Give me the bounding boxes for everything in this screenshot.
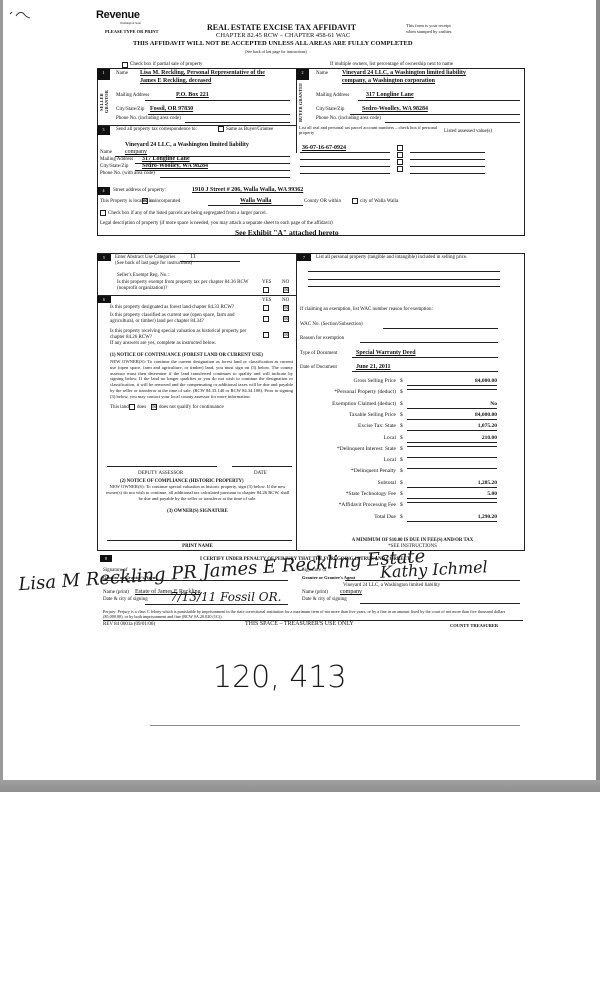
doc-type-value[interactable]: Special Warranty Deed: [356, 350, 416, 357]
historic-question: Is this property receiving special valua…: [110, 329, 260, 341]
city-checkbox[interactable]: [352, 198, 358, 204]
currency-symbol: $: [400, 401, 403, 408]
correspondence-name-label: Name: [100, 150, 112, 156]
same-as-buyer-checkbox[interactable]: [218, 126, 224, 132]
exempt-reg-label: Seller's Exempt Reg. No.:: [117, 273, 169, 279]
buyer-name-line1[interactable]: Vineyard 24 LLC, a Washington limited li…: [342, 70, 466, 77]
grantor-date-value[interactable]: 7/13/11 Fossil OR.: [170, 590, 281, 604]
financial-value[interactable]: [407, 502, 497, 503]
perjury-statement: Perjury: Perjury is a class C felony whi…: [103, 609, 523, 619]
buyer-phone-label: Phone No. (including area code): [316, 116, 381, 122]
wac-label: WAC No. (Section/Subsection): [300, 322, 363, 328]
financial-label: *State Technology Fee: [300, 491, 396, 498]
county-value[interactable]: Walla Walla: [240, 198, 271, 205]
seller-grantor-label: SELLER GRANTOR: [99, 82, 111, 122]
currency-symbol: $: [400, 468, 403, 475]
financial-label: Local: [300, 457, 396, 464]
rev-number: REV 84 0001a (09/01/06): [103, 622, 155, 628]
no-header-6: NO: [282, 298, 289, 304]
does-label: does: [137, 405, 146, 411]
seller-phone-label: Phone No. (including area code): [116, 116, 181, 122]
currency-symbol: $: [400, 446, 403, 453]
parcel-2-personal-checkbox[interactable]: [397, 152, 403, 158]
divider: [296, 253, 297, 551]
correspondence-phone-label: Phone No. (with area code): [100, 171, 155, 177]
form-chapter: CHAPTER 82.45 RCW – CHAPTER 458-61 WAC: [216, 32, 350, 39]
buyer-mailing-label: Mailing Address: [316, 93, 349, 99]
forest-no-checkbox[interactable]: ☒: [283, 305, 289, 311]
grantor-print-label: Name (print): [103, 590, 129, 596]
financial-label: Excise Tax: State: [300, 423, 396, 430]
currency-symbol: $: [400, 457, 403, 464]
legal-label: Legal description of property (if more s…: [100, 221, 333, 227]
segregated-label: Check box if any of the listed parcels a…: [108, 211, 267, 217]
financial-value[interactable]: 84,000.00: [407, 378, 497, 386]
buyer-city-label: City/State/Zip: [316, 107, 344, 113]
correspondence-city-label: City/State/Zip: [100, 164, 128, 170]
financial-value[interactable]: 84,000.00: [407, 412, 497, 420]
notice1-body: NEW OWNER(S): To continue the current de…: [110, 359, 293, 400]
buyer-name-label: Name: [316, 71, 328, 77]
county-treasurer: COUNTY TREASURER: [450, 622, 498, 629]
owner-signature-label: (3) OWNER(S) SIGNATURE: [105, 508, 290, 515]
seller-name-line1[interactable]: Lisa M. Reckling, Personal Representativ…: [140, 70, 265, 77]
reason-label: Reason for exemption: [300, 336, 344, 342]
please-type: PLEASE TYPE OR PRINT: [105, 28, 159, 35]
financial-label: Total Due: [300, 514, 396, 521]
financial-value[interactable]: 1,285.20: [407, 480, 497, 488]
financial-value[interactable]: [407, 468, 497, 469]
financial-label: *Affidavit Processing Fee: [300, 502, 396, 509]
currency-symbol: $: [400, 378, 403, 385]
unincorporated-checkbox[interactable]: ☒: [142, 198, 148, 204]
section-2-marker: 2: [296, 69, 309, 80]
currency-symbol: $: [400, 502, 403, 509]
assessed-header: Listed assessed value(s): [444, 129, 492, 135]
historic-yes-checkbox[interactable]: [263, 332, 269, 338]
land-label: This land: [110, 405, 129, 411]
form-title: REAL ESTATE EXCISE TAX AFFIDAVIT: [207, 23, 356, 32]
parcels-header: List all real and personal tax parcel ac…: [299, 125, 444, 135]
parcel-4-personal-checkbox[interactable]: [397, 166, 403, 172]
doc-type-label: Type of Document: [300, 351, 337, 357]
current-use-no-checkbox[interactable]: ☒: [283, 316, 289, 322]
correspondence-mailing-value[interactable]: 317 Longline Lane: [142, 156, 190, 163]
receipt-note-2: when stamped by cashier.: [406, 29, 452, 35]
currency-symbol: $: [400, 491, 403, 498]
section-5-marker: 5: [97, 254, 111, 261]
financial-value[interactable]: [407, 389, 497, 390]
financial-value[interactable]: [407, 446, 497, 447]
currency-symbol: $: [400, 480, 403, 487]
print-name-label: PRINT NAME: [105, 543, 290, 550]
financial-label: *Delinquent Penalty: [300, 468, 396, 475]
street-label: Street address of property:: [113, 188, 166, 194]
exempt-question: Is this property exempt from property ta…: [117, 280, 257, 292]
yes-header: YES: [262, 280, 271, 286]
seller-mailing-value[interactable]: P.O. Box 221: [176, 92, 209, 99]
financial-value[interactable]: 1,290.20: [407, 514, 497, 522]
doc-date-value[interactable]: June 21, 2011: [356, 364, 391, 371]
abstract-note: (See back of last page for instructions): [115, 261, 192, 267]
parcel-1-personal-checkbox[interactable]: [397, 145, 403, 151]
notice1-title: (1) NOTICE OF CONTINUANCE (FOREST LAND O…: [110, 352, 263, 359]
does-not-checkbox[interactable]: ☒: [151, 404, 157, 410]
section-4-marker: 4: [97, 187, 110, 195]
seller-mailing-label: Mailing Address: [116, 93, 149, 99]
street-value[interactable]: 1910 J Street # 206, Walla Walla, WA 993…: [192, 187, 303, 194]
section-3-marker: 3: [97, 126, 110, 135]
buyer-mailing-value[interactable]: 317 Longline Lane: [366, 92, 414, 99]
handwritten-note: 120, 413: [213, 660, 347, 695]
abstract-value[interactable]: 11: [190, 254, 196, 261]
if-yes-note: If any answers are yes, complete as inst…: [110, 341, 216, 347]
buyer-grantee-label: BUYER GRANTEE: [298, 82, 310, 122]
correspondence-name-value[interactable]: company: [125, 149, 147, 156]
currency-symbol: $: [400, 514, 403, 521]
exempt-yes-checkbox[interactable]: [263, 287, 269, 293]
doc-date-label: Date of Document: [300, 365, 337, 371]
parcel-number-1[interactable]: 36-07-16-67-0924: [302, 145, 346, 152]
grantee-date-label: Date & city of signing: [302, 597, 347, 603]
financial-value[interactable]: [407, 457, 497, 458]
forest-question: Is this property designated as forest la…: [110, 305, 260, 311]
parcel-3-personal-checkbox[interactable]: [397, 159, 403, 165]
deputy-assessor-label: DEPUTY ASSESSOR: [138, 471, 183, 477]
currency-symbol: $: [400, 435, 403, 442]
correspondence-city-value[interactable]: Sedro-Woolley, WA 98284: [142, 163, 208, 170]
financial-value[interactable]: No: [407, 401, 497, 409]
grantee-print-label: Name (print): [302, 590, 328, 596]
financial-label: Local: [300, 435, 396, 442]
section-7-marker: 7: [297, 254, 311, 261]
section-1-marker: 1: [97, 69, 110, 80]
currency-symbol: $: [400, 423, 403, 430]
seller-city-value[interactable]: Fossil, OR 97830: [150, 106, 193, 113]
form-warning: THIS AFFIDAVIT WILL NOT BE ACCEPTED UNLE…: [133, 40, 413, 48]
city-label: city of Walla Walla: [360, 199, 398, 205]
logo-subtitle: Washington State: [120, 20, 141, 26]
legal-value[interactable]: See Exhibit "A" attached hereto: [235, 228, 339, 237]
financial-label: Gross Selling Price: [300, 378, 396, 385]
scan-edge: [0, 780, 600, 792]
county-or-label: County OR within: [304, 199, 341, 205]
historic-no-checkbox[interactable]: ☒: [283, 332, 289, 338]
financial-value[interactable]: 5.00: [407, 491, 497, 499]
date-label: DATE: [254, 471, 267, 477]
section-6-marker: 6: [97, 296, 111, 303]
yes-header-6: YES: [262, 298, 271, 304]
no-header: NO: [282, 280, 289, 286]
seller-name-line2[interactable]: James E Reckling, deceased: [140, 78, 211, 85]
section-8-marker: 8: [100, 555, 112, 562]
does-not-label: does not qualify for continuance: [159, 405, 224, 411]
divider: [296, 68, 297, 153]
financial-label: Taxable Selling Price: [300, 412, 396, 419]
exempt-no-checkbox[interactable]: ☒: [283, 287, 289, 293]
buyer-name-line2[interactable]: company, a Washington corporation: [342, 78, 435, 85]
seller-name-label: Name: [116, 71, 128, 77]
scan-mark: [8, 8, 32, 22]
treasurer-space: THIS SPACE – TREASURER'S USE ONLY: [245, 621, 354, 627]
does-checkbox[interactable]: [129, 404, 135, 410]
financial-value[interactable]: 1,075.20: [407, 423, 497, 431]
financial-label: *Personal Property (deduct): [300, 389, 396, 396]
financial-label: Exemption Claimed (deduct): [300, 401, 396, 408]
correspondence-label: Send all property tax correspondence to:: [116, 127, 197, 133]
exemption-label: If claiming an exemption, list WAC numbe…: [300, 307, 433, 313]
currency-symbol: $: [400, 412, 403, 419]
correspondence-name-line1[interactable]: Vineyard 24 LLC, a Washington limited li…: [125, 142, 249, 149]
correspondence-mailing-label: Mailing Address: [100, 157, 133, 163]
minimum-note: A MINIMUM OF $10.00 IS DUE IN FEE(S) AND…: [300, 537, 525, 544]
forest-yes-checkbox[interactable]: [263, 305, 269, 311]
current-use-yes-checkbox[interactable]: [263, 316, 269, 322]
divider: [97, 125, 297, 126]
notice2-body: NEW OWNER(S): To continue special valuat…: [105, 484, 290, 501]
buyer-city-value[interactable]: Sedro-Woolley, WA 98284: [362, 106, 428, 113]
unincorporated-label: unincorporated: [150, 199, 180, 205]
grantee-print-value[interactable]: company: [340, 589, 362, 596]
currency-symbol: $: [400, 389, 403, 396]
financial-label: Subtotal: [300, 480, 396, 487]
financial-value[interactable]: 210.00: [407, 435, 497, 443]
see-back-note: (See back of last page for instructions): [245, 49, 307, 55]
same-as-buyer-label: Same as Buyer/Grantee: [226, 127, 273, 133]
grantor-date-label: Date & city of signing: [103, 597, 148, 603]
segregated-checkbox[interactable]: [100, 210, 106, 216]
current-use-question: Is this property classified as current u…: [110, 313, 260, 325]
seller-city-label: City/State/Zip: [116, 107, 144, 113]
financial-label: *Delinquent Interest: State: [300, 446, 396, 453]
personal-property-label: List all personal property (tangible and…: [316, 255, 516, 261]
